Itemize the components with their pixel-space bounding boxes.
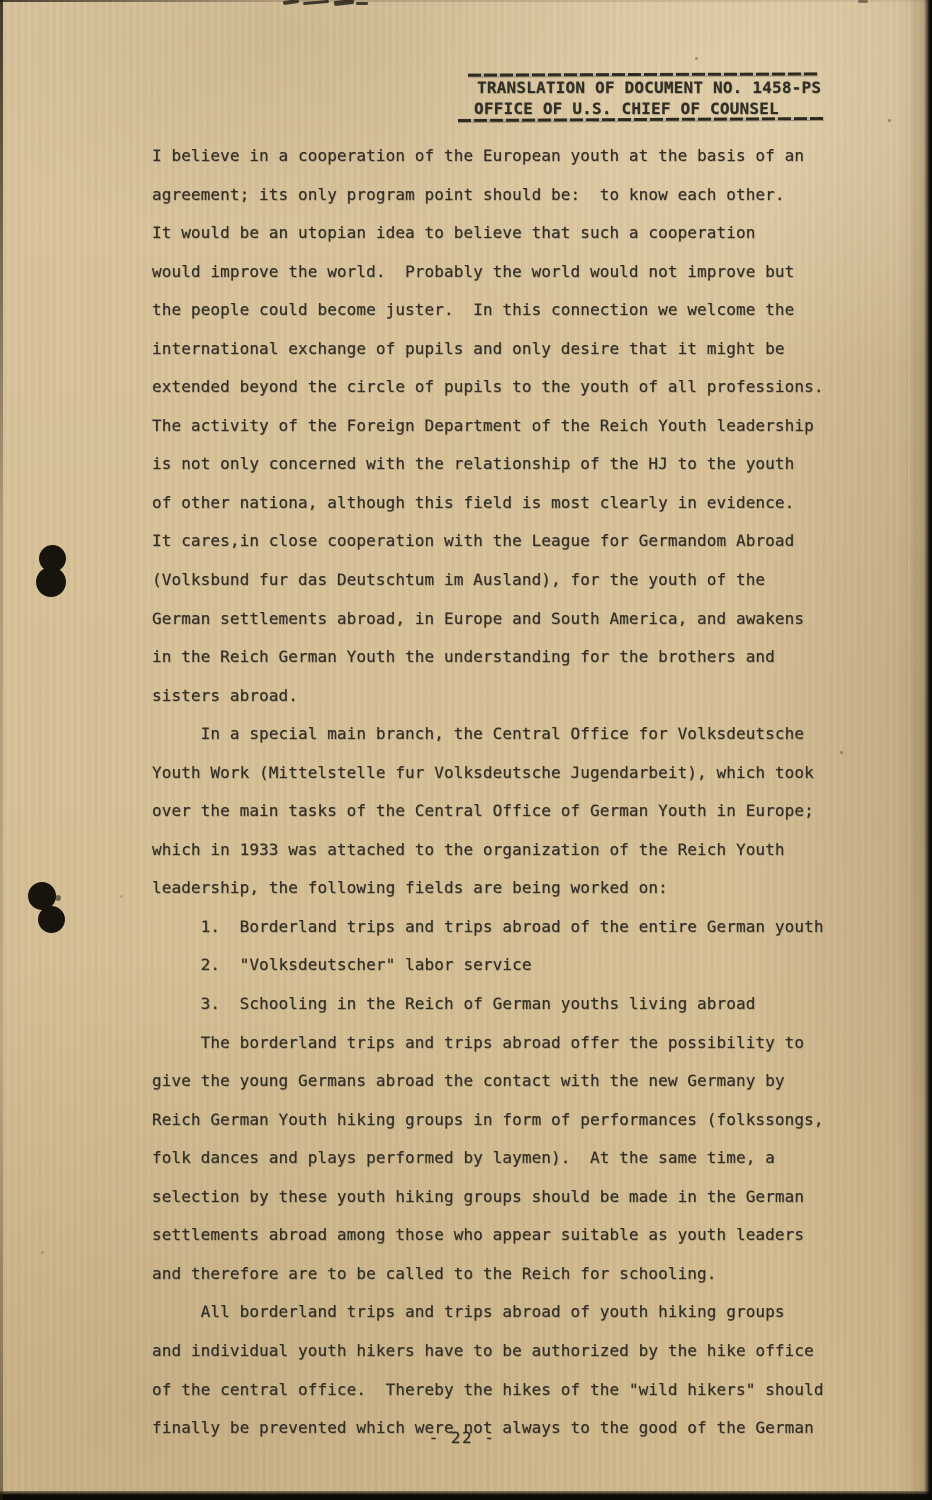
scan-edge-bottom <box>0 1491 932 1500</box>
paper-speck <box>695 57 698 60</box>
scan-edge-right <box>924 0 932 1500</box>
text-line: would improve the world. Probably the wo… <box>152 253 852 292</box>
text-line: and individual youth hikers have to be a… <box>152 1332 852 1371</box>
paper-speck <box>41 1251 44 1254</box>
header-title-line1: TRANSLATION OF DOCUMENT NO. 1458-PS <box>477 78 821 97</box>
header-top-rule <box>468 72 818 76</box>
ink-blot-speck <box>55 895 61 901</box>
paper-speck <box>888 119 891 122</box>
ink-blot-circle <box>38 906 65 933</box>
text-line: The borderland trips and trips abroad of… <box>152 1024 852 1063</box>
text-line: I believe in a cooperation of the Europe… <box>152 137 852 176</box>
paper-speck <box>368 1352 371 1355</box>
text-line: selection by these youth hiking groups s… <box>152 1178 852 1217</box>
page-top-cutoff-mark <box>283 0 299 5</box>
paper-speck <box>555 1162 558 1165</box>
text-line: 2. "Volksdeutscher" labor service <box>152 946 852 985</box>
ink-blot-mark <box>28 882 68 934</box>
text-line: In a special main branch, the Central Of… <box>152 715 852 754</box>
header-title-line2: OFFICE OF U.S. CHIEF OF COUNSEL <box>474 99 779 118</box>
text-line: (Volksbund fur das Deutschtum im Ausland… <box>152 561 852 600</box>
scan-edge-shading-right <box>900 0 926 1500</box>
text-line: leadership, the following fields are bei… <box>152 869 852 908</box>
text-line: is not only concerned with the relations… <box>152 445 852 484</box>
page-top-cutoff-mark <box>356 2 368 5</box>
text-line: in the Reich German Youth the understand… <box>152 638 852 677</box>
text-line: sisters abroad. <box>152 677 852 716</box>
text-line: All borderland trips and trips abroad of… <box>152 1293 852 1332</box>
text-line: of other nationa, although this field is… <box>152 484 852 523</box>
text-line: 3. Schooling in the Reich of German yout… <box>152 985 852 1024</box>
page-top-cutoff-mark <box>858 0 868 3</box>
paper-crease <box>908 0 910 1500</box>
text-line: folk dances and plays performed by layme… <box>152 1139 852 1178</box>
text-line: It cares,in close cooperation with the L… <box>152 522 852 561</box>
text-line: extended beyond the circle of pupils to … <box>152 368 852 407</box>
ink-blot-mark <box>38 544 70 598</box>
header-bottom-rule <box>458 117 824 122</box>
ink-blot-circle <box>36 567 66 597</box>
text-line: It would be an utopian idea to believe t… <box>152 214 852 253</box>
text-line: give the young Germans abroad the contac… <box>152 1062 852 1101</box>
text-line: German settlements abroad, in Europe and… <box>152 600 852 639</box>
text-line: and therefore are to be called to the Re… <box>152 1255 852 1294</box>
text-line: the people could become juster. In this … <box>152 291 852 330</box>
text-line: Reich German Youth hiking groups in form… <box>152 1101 852 1140</box>
text-line: over the main tasks of the Central Offic… <box>152 792 852 831</box>
scanned-document-page: TRANSLATION OF DOCUMENT NO. 1458-PS OFFI… <box>0 0 932 1500</box>
text-line: of the central office. Thereby the hikes… <box>152 1371 852 1410</box>
text-line: which in 1933 was attached to the organi… <box>152 831 852 870</box>
text-line: The activity of the Foreign Department o… <box>152 407 852 446</box>
document-body-text: I believe in a cooperation of the Europe… <box>152 137 852 1448</box>
text-line: settlements abroad among those who appea… <box>152 1216 852 1255</box>
text-line: Youth Work (Mittelstelle fur Volksdeutsc… <box>152 754 852 793</box>
page-top-cutoff-mark <box>334 0 354 6</box>
paper-speck <box>275 236 278 239</box>
paper-speck <box>120 895 123 898</box>
document-stamp-header: TRANSLATION OF DOCUMENT NO. 1458-PS OFFI… <box>460 71 826 125</box>
paper-speck <box>840 751 843 754</box>
scan-edge-left <box>0 0 3 1500</box>
text-line: 1. Borderland trips and trips abroad of … <box>152 908 852 947</box>
scan-edge-top <box>0 0 932 2</box>
text-line: agreement; its only program point should… <box>152 176 852 215</box>
page-number: - 22 - <box>132 1428 792 1447</box>
text-line: international exchange of pupils and onl… <box>152 330 852 369</box>
page-top-cutoff-mark <box>303 0 329 5</box>
